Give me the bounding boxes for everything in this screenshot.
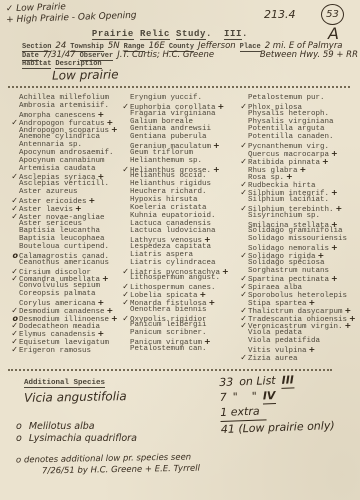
species-name: Potentilla canaden. bbox=[248, 134, 334, 142]
plus-mark: + bbox=[98, 111, 105, 119]
observer-value: J.T. Curtis; H.C. Greene bbox=[117, 50, 214, 60]
plus-mark: + bbox=[209, 299, 216, 307]
plus-mark: + bbox=[213, 142, 220, 150]
title-word: Prairie bbox=[92, 29, 134, 40]
species-name: Sisyrinchium sp. bbox=[248, 213, 320, 221]
species-row: Petalostemum pur. bbox=[239, 95, 356, 103]
place-value-line2: Between Hwy. 59 + RR bbox=[260, 50, 358, 60]
species-name: Helianthemum sp. bbox=[130, 158, 202, 166]
species-row: oDesmodium illinoense+ bbox=[10, 315, 118, 323]
plus-mark: + bbox=[331, 150, 338, 158]
species-name: Gentiana puberula bbox=[130, 134, 207, 142]
check-mark: ✓ bbox=[121, 268, 129, 276]
plus-mark: + bbox=[102, 275, 109, 283]
circle-marked-species-list: oMelilotus albaoLysimachia quadriflora bbox=[16, 421, 137, 445]
species-name: Liatris cylindracea bbox=[130, 260, 216, 268]
species-row: Panicum scribner. bbox=[121, 330, 229, 338]
scanned-checklist-page: ✓ Low Prairie + High Prairie - Oak Openi… bbox=[0, 0, 360, 500]
species-row: ✓Spiraea alba bbox=[239, 283, 356, 291]
species-row: Lithospermum angust. bbox=[121, 275, 229, 283]
species-name: Ambrosia artemisiif. bbox=[19, 103, 109, 111]
tally-row-3: 1 extra bbox=[220, 402, 334, 420]
species-row: ✓Equisetum laevigatum bbox=[10, 338, 118, 346]
species-row: ✓Lithospermum canes. bbox=[121, 283, 229, 291]
tally-count-2: 7 bbox=[220, 391, 227, 405]
circle-mark: o bbox=[16, 421, 22, 433]
check-mark: ✓ bbox=[239, 142, 247, 150]
species-row: ✓Spartina pectinata+ bbox=[239, 275, 356, 283]
species-row: ✓Aster laevis+ bbox=[10, 205, 118, 213]
species-name: Lysimachia quadriflora bbox=[29, 433, 137, 445]
plus-mark: + bbox=[98, 330, 105, 338]
species-row: ✓Andropogon furcatus+ bbox=[10, 119, 118, 127]
species-name: Oenothera biennis bbox=[130, 307, 207, 315]
species-name: Silphium laciniat. bbox=[248, 197, 329, 205]
species-name: Coreopsis palmata bbox=[19, 291, 96, 299]
dotted-rule-bottom bbox=[8, 369, 332, 371]
check-mark: ✓ bbox=[10, 173, 18, 181]
species-row: ✓Zizia aurea bbox=[239, 354, 356, 362]
title-period: . bbox=[242, 29, 248, 39]
check-mark: ✓ bbox=[239, 103, 247, 111]
species-column-3: Petalostemum pur.✓Phlox pilosaPhysalis h… bbox=[239, 95, 356, 362]
species-row: Oenothera biennis bbox=[121, 307, 229, 315]
plus-mark: + bbox=[331, 244, 338, 252]
species-name: Petalostemum pur. bbox=[248, 95, 325, 103]
plus-mark: + bbox=[345, 322, 352, 330]
tally-count-1: 33 bbox=[219, 376, 233, 390]
plus-mark: + bbox=[300, 166, 307, 174]
species-row: Bouteloua curtipend. bbox=[10, 244, 118, 252]
plus-mark: + bbox=[309, 346, 316, 354]
species-name: Ceanothus americanus bbox=[19, 260, 109, 268]
circle-mark: o bbox=[16, 433, 22, 445]
species-row: ✓Pycnanthemum virg. bbox=[239, 142, 356, 150]
species-column-2: Eryngium yuccif.✓Euphorbia corollata+Fra… bbox=[121, 95, 229, 354]
check-mark: ✓ bbox=[239, 291, 247, 299]
plus-mark: + bbox=[286, 173, 293, 181]
handwritten-legend: ✓ Low Prairie + High Prairie - Oak Openi… bbox=[6, 0, 137, 26]
title-word: Relic bbox=[140, 29, 170, 40]
plus-mark: + bbox=[75, 205, 82, 213]
species-row: Ceanothus americanus bbox=[10, 260, 118, 268]
plus-mark: + bbox=[111, 126, 118, 134]
species-name: Melilotus alba bbox=[29, 421, 95, 433]
plus-mark: + bbox=[222, 268, 229, 276]
species-row: Potentilla canaden. bbox=[239, 134, 356, 142]
species-row: ✓Desmodium canadense+ bbox=[10, 307, 118, 315]
check-mark: ✓ bbox=[239, 354, 247, 362]
species-name: Sorghastrum nutans bbox=[248, 268, 329, 276]
check-mark: ✓ bbox=[239, 252, 247, 260]
date-value: 7/31/47 bbox=[43, 50, 76, 60]
check-mark: ✓ bbox=[121, 315, 129, 323]
plus-mark: + bbox=[213, 166, 220, 174]
footnote-line-2: 7/26/51 by H.C. Greene + E.E. Tyrrell bbox=[42, 464, 200, 477]
circle-mark: o bbox=[10, 252, 18, 260]
species-name: Panicum scribner. bbox=[130, 330, 207, 338]
species-row: ✓Sporobolus heterolepis bbox=[239, 291, 356, 299]
check-mark: ✓ bbox=[121, 103, 129, 111]
species-row: ✓Tradescantia ohioensis+ bbox=[239, 315, 356, 323]
plus-mark: + bbox=[98, 299, 105, 307]
tally-extra: 1 extra bbox=[220, 405, 260, 420]
species-row: Lactuca ludoviciana bbox=[121, 228, 229, 236]
species-row: ✓Elymus canadensis+ bbox=[10, 330, 118, 338]
habitat-value: Low prairie bbox=[52, 67, 119, 82]
check-mark: ✓ bbox=[10, 119, 18, 127]
plus-mark: + bbox=[89, 197, 96, 205]
dotted-rule-top bbox=[8, 86, 350, 88]
species-name: Eryngium yuccif. bbox=[130, 95, 202, 103]
handwritten-tally: 33 on List III 7 " " IV 1 extra 41 (Low … bbox=[219, 372, 335, 436]
plus-mark: + bbox=[322, 158, 329, 166]
species-name: Zizia aurea bbox=[248, 356, 298, 364]
species-row: ✓Ratibida pinnata+ bbox=[239, 158, 356, 166]
plus-mark: + bbox=[218, 103, 225, 111]
species-name: Lithospermum angust. bbox=[130, 275, 220, 283]
check-mark: ✓ bbox=[121, 166, 129, 174]
title-word: Study bbox=[176, 29, 206, 40]
plus-mark: + bbox=[331, 189, 338, 197]
species-name: Erigeron ramosus bbox=[19, 348, 91, 356]
tally-ditto: " " bbox=[233, 390, 258, 405]
check-mark: ✓ bbox=[239, 205, 247, 213]
tally-numeral-2: IV bbox=[263, 389, 276, 404]
species-row: Sisyrinchium sp. bbox=[239, 213, 356, 221]
species-name: Bouteloua curtipend. bbox=[19, 244, 109, 252]
species-name: Lactuca ludoviciana bbox=[130, 228, 216, 236]
species-row: Solidago missouriensis bbox=[239, 236, 356, 244]
additional-species-heading: Additional Species bbox=[24, 379, 105, 387]
additional-species-row: oMelilotus alba bbox=[16, 421, 137, 433]
title-period: . bbox=[206, 29, 212, 39]
species-row: ✓Thalictrum dasycarpum+ bbox=[239, 307, 356, 315]
species-row: Solidago nemoralis+ bbox=[239, 244, 356, 252]
additional-species-row: oLysimachia quadriflora bbox=[16, 433, 137, 445]
check-mark: ✓ bbox=[239, 322, 247, 330]
species-row: Aster azureus bbox=[10, 189, 118, 197]
check-mark: ✓ bbox=[239, 189, 247, 197]
species-name: Petalostemum can. bbox=[130, 346, 207, 354]
species-row: Amorpha canescens+ bbox=[10, 111, 118, 119]
check-mark: ✓ bbox=[10, 213, 18, 221]
check-mark: ✓ bbox=[10, 275, 18, 283]
tally-total: 41 (Low prairie only) bbox=[221, 419, 335, 436]
circled-number-value: 53 bbox=[326, 9, 339, 20]
species-row: Vitis vulpina+ bbox=[239, 346, 356, 354]
species-row: Sorghastrum nutans bbox=[239, 268, 356, 276]
species-column-1: Achillea millefoliumAmbrosia artemisiif.… bbox=[10, 95, 118, 354]
check-mark: ✓ bbox=[121, 299, 129, 307]
species-row: Quercus macrocarpa+ bbox=[239, 150, 356, 158]
page-title: Prairie Relic Study. III. bbox=[0, 29, 340, 39]
plus-mark: + bbox=[309, 299, 316, 307]
species-row: Petalostemum can. bbox=[121, 346, 229, 354]
plus-mark: + bbox=[200, 291, 207, 299]
check-mark: ✓ bbox=[239, 158, 247, 166]
species-row: Liatris cylindracea bbox=[121, 260, 229, 268]
habitat-label: Habitat bbox=[22, 60, 51, 69]
handwritten-additional-species: Vicia angustifolia bbox=[24, 389, 127, 405]
species-name: Artemisia caudata bbox=[19, 166, 96, 174]
handwritten-page-number: 213.4 bbox=[264, 8, 296, 21]
species-row: ✓Rudbeckia hirta bbox=[239, 181, 356, 189]
check-mark: ✓ bbox=[10, 346, 18, 354]
species-name: Aster azureus bbox=[19, 189, 78, 197]
tally-numeral-1: III bbox=[281, 373, 294, 388]
plus-mark: + bbox=[331, 275, 338, 283]
plus-mark: + bbox=[111, 315, 118, 323]
species-row: Eryngium yuccif. bbox=[121, 95, 229, 103]
tally-label-1: on List bbox=[239, 374, 276, 389]
species-row: ✓Aster ericoides+ bbox=[10, 197, 118, 205]
plus-mark: + bbox=[336, 205, 343, 213]
circled-number: 53 bbox=[321, 4, 344, 25]
species-row: Corylus americana+ bbox=[10, 299, 118, 307]
species-row: Rhus glabra+ bbox=[239, 166, 356, 174]
additional-species-heading-text: Additional Species bbox=[24, 379, 105, 388]
title-numeral: III bbox=[224, 29, 242, 40]
species-row: Viola pedatifida bbox=[239, 338, 356, 346]
